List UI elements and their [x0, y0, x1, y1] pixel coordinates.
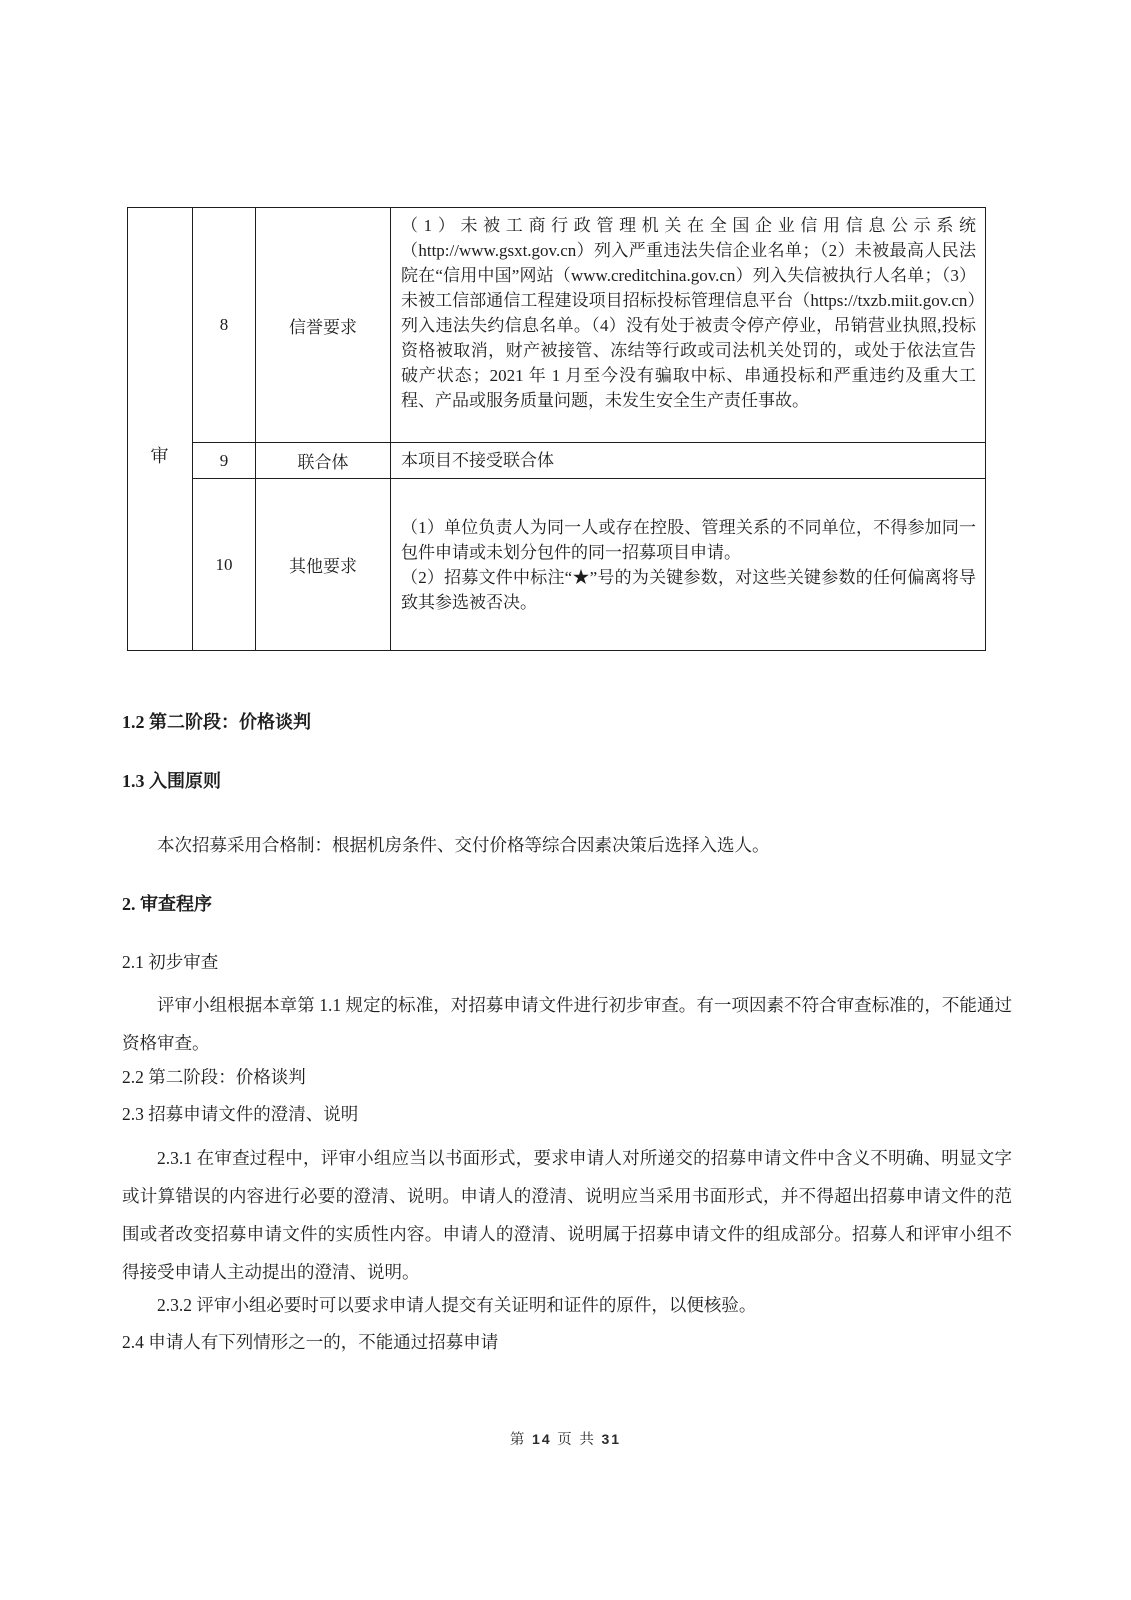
paragraph-2-3-1: 2.3.1 在审查过程中，评审小组应当以书面形式，要求申请人对所递交的招募申请文…	[122, 1139, 1012, 1291]
row-number-cell: 10	[193, 479, 256, 651]
row-content-cell: （1）未被工商行政管理机关在全国企业信用信息公示系统（http://www.gs…	[391, 208, 986, 443]
row-label-cell: 联合体	[256, 443, 391, 479]
row-content-cell: （1）单位负责人为同一人或存在控股、管理关系的不同单位，不得参加同一包件申请或未…	[391, 479, 986, 651]
table-row: 9 联合体 本项目不接受联合体	[128, 443, 986, 479]
qualification-requirements-table: 审 8 信誉要求 （1）未被工商行政管理机关在全国企业信用信息公示系统（http…	[127, 207, 986, 651]
other-requirement-item: （2）招募文件中标注“★”号的为关键参数，对这些关键参数的任何偏离将导致其参选被…	[401, 565, 976, 615]
table-row: 审 8 信誉要求 （1）未被工商行政管理机关在全国企业信用信息公示系统（http…	[128, 208, 986, 443]
row-content-cell: 本项目不接受联合体	[391, 443, 986, 479]
section-heading-2: 2. 审查程序	[122, 891, 1012, 917]
section-heading-2-3: 2.3 招募申请文件的澄清、说明	[122, 1101, 1012, 1127]
section-heading-2-1: 2.1 初步审查	[122, 949, 1012, 975]
footer-prefix: 第	[510, 1432, 527, 1448]
table-side-merged-cell: 审	[128, 208, 193, 651]
footer-page-number: 14	[532, 1431, 552, 1447]
row-label-cell: 其他要求	[256, 479, 391, 651]
row-label-cell: 信誉要求	[256, 208, 391, 443]
row-number-cell: 9	[193, 443, 256, 479]
paragraph-2-1: 评审小组根据本章第 1.1 规定的标准，对招募申请文件进行初步审查。有一项因素不…	[122, 986, 1012, 1062]
document-page: 审 8 信誉要求 （1）未被工商行政管理机关在全国企业信用信息公示系统（http…	[0, 0, 1131, 1600]
paragraph-2-4: 2.4 申请人有下列情形之一的，不能通过招募申请	[122, 1329, 1012, 1355]
side-vertical-label: 审	[151, 446, 170, 466]
page-footer: 第 14 页 共 31	[0, 1428, 1131, 1449]
paragraph-1-3: 本次招募采用合格制：根据机房条件、交付价格等综合因素决策后选择入选人。	[122, 826, 1012, 864]
footer-mid: 页 共	[557, 1432, 596, 1448]
paragraph-2-3-2: 2.3.2 评审小组必要时可以要求申请人提交有关证明和证件的原件，以便核验。	[122, 1292, 1012, 1318]
section-heading-1-2: 1.2 第二阶段：价格谈判	[122, 709, 1012, 735]
table-row: 10 其他要求 （1）单位负责人为同一人或存在控股、管理关系的不同单位，不得参加…	[128, 479, 986, 651]
section-heading-2-2: 2.2 第二阶段：价格谈判	[122, 1064, 1012, 1090]
other-requirement-item: （1）单位负责人为同一人或存在控股、管理关系的不同单位，不得参加同一包件申请或未…	[401, 515, 976, 565]
section-heading-1-3: 1.3 入围原则	[122, 768, 1012, 794]
row-number-cell: 8	[193, 208, 256, 443]
footer-total-pages: 31	[602, 1431, 622, 1447]
